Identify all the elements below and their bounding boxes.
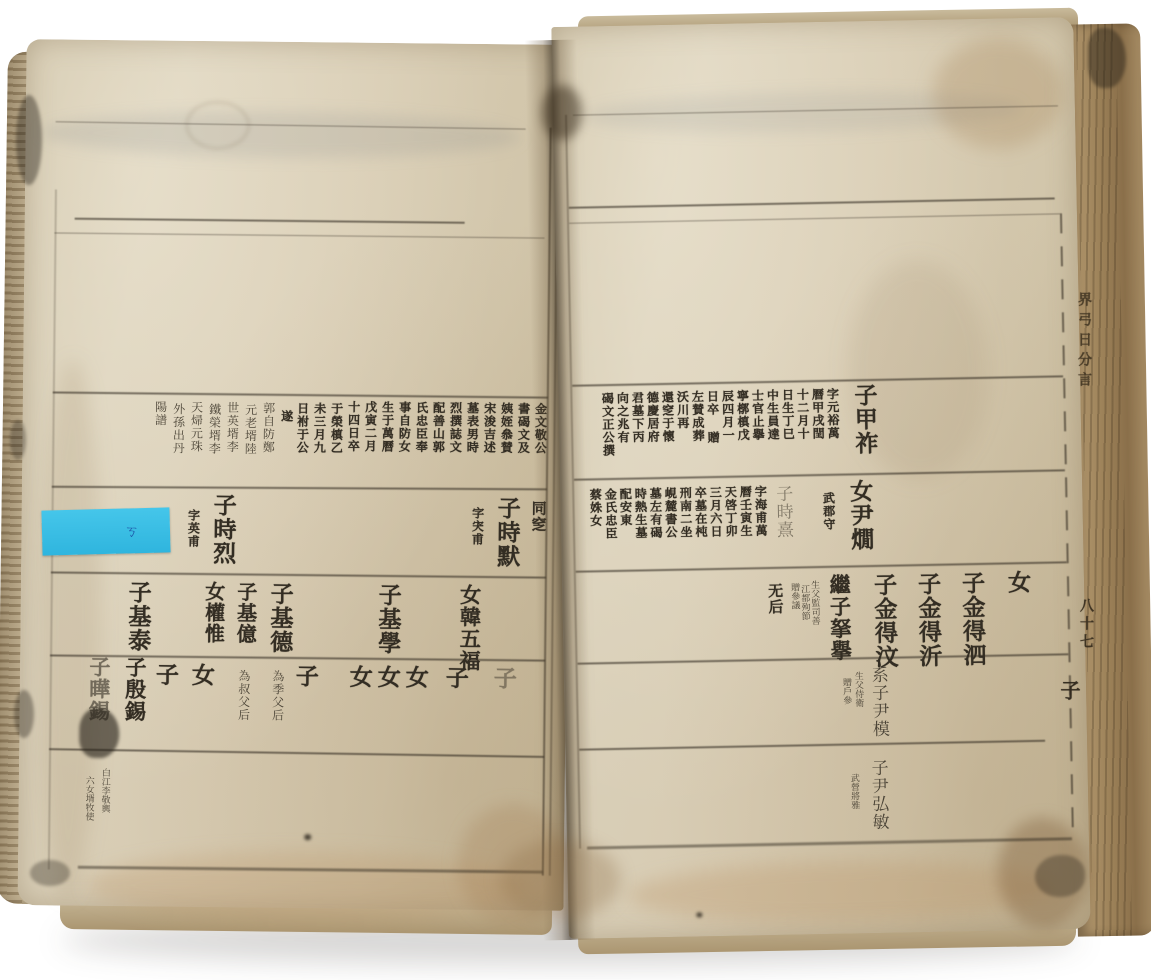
note-column: 生父侍衛 <box>854 671 864 707</box>
smudge-band <box>40 109 520 160</box>
entry-column: 烈撰誌文 <box>449 402 462 454</box>
entry-column: 于榮槙乙 <box>330 402 343 454</box>
fore-edge-bleed-text: 界弓日分言 <box>1076 292 1090 392</box>
bio-column: 刑南二坐 <box>679 486 692 538</box>
ink-speck <box>696 912 702 917</box>
binding-wear <box>10 420 26 460</box>
rule-line <box>579 740 1045 751</box>
bio-column: 時熱生墓 <box>634 487 647 539</box>
gutter-stain-top <box>542 85 582 140</box>
rule-line <box>53 391 548 398</box>
entry-column: 外孫出丹 <box>172 403 185 455</box>
corner-stain <box>932 37 1064 149</box>
sticky-note[interactable]: ㄎ <box>41 507 170 555</box>
binding-wear <box>30 860 70 886</box>
bio-column: 士官止擧 <box>751 389 764 441</box>
rule-line <box>569 213 1060 223</box>
rule-line <box>569 197 1055 208</box>
bio-column: 左賛成葬 <box>691 390 704 442</box>
margin-note-column: 白江李敬輿 <box>100 768 109 813</box>
entry-column: 子基德 <box>268 582 292 654</box>
bio-column: 寧槨槙戊 <box>736 389 749 441</box>
entry-column: 十四日卒 <box>347 401 360 453</box>
note-column: 武營將雅 <box>850 773 860 809</box>
entry-column: 遂 <box>281 410 293 423</box>
rule-line <box>578 653 1069 664</box>
entry-column: 未三月九 <box>313 402 326 454</box>
entry-column: 子殷錫 <box>123 656 145 722</box>
rule-line <box>576 561 1067 572</box>
left-page: 金文敬公 書碣文及 姨姪叅賛 宋浚吉述 墓表男時 烈撰誌文 配善山郭 氏忠臣奉 … <box>17 39 572 911</box>
entry-column: 戊寅二月 <box>364 401 377 453</box>
entry-column: 子尹弘敏 <box>869 759 887 831</box>
bio-column: 日卒 贈 <box>706 390 719 444</box>
entry-column: 生于萬曆 <box>381 401 394 453</box>
rule-line <box>51 571 546 578</box>
bio-column: 中生員達 <box>766 389 779 441</box>
entry-column: 系子尹模 <box>870 666 888 738</box>
bio-column: 蔡姝女 <box>589 488 602 527</box>
rule-line <box>49 748 544 758</box>
entry-column: 子 <box>154 663 177 687</box>
entry-column: 子 <box>492 666 515 690</box>
entry-column: 日祔于公 <box>296 402 309 454</box>
rule-line <box>572 375 1063 386</box>
bio-column: 曆甲戌閏 <box>811 388 824 440</box>
entry-column: 元老壻陸 <box>244 403 257 455</box>
entry-column: 字英甫 <box>187 509 199 548</box>
bio-column: 日生丁巳 <box>781 389 794 441</box>
no-heir-column: 无后 <box>766 583 782 615</box>
bio-column: 德慶居府 <box>646 391 659 443</box>
bio-column: 字元裕萬 <box>826 388 839 440</box>
rule-line <box>574 469 1065 480</box>
bio-column: 三月六日 <box>709 486 722 538</box>
posthumous-note-column: 贈參議 <box>790 582 800 609</box>
ink-blot <box>79 708 120 758</box>
entry-column: 子金得泗 <box>960 571 985 667</box>
entry-column: 子甲祚 <box>852 383 876 455</box>
entry-column: 子時熹 <box>774 485 792 539</box>
entry-column: 配善山郭 <box>432 401 445 453</box>
bio-column: 辰四月一 <box>721 390 734 442</box>
entry-column: 子 <box>294 664 317 688</box>
entry-column: 女 <box>348 665 371 689</box>
entry-column: 子基泰 <box>126 580 150 652</box>
note-column: 贈戶參 <box>842 677 852 704</box>
bottom-stain <box>627 858 1058 926</box>
genealogy-book-photo: 金文敬公 書碣文及 姨姪叅賛 宋浚吉述 墓表男時 烈撰誌文 配善山郭 氏忠臣奉 … <box>0 0 1151 980</box>
bio-column: 君墓下丙 <box>631 391 644 443</box>
border-line <box>1060 213 1074 839</box>
entry-column: 女 <box>1006 570 1029 594</box>
birth-father-note-column: 生父監司善 <box>810 580 820 625</box>
entry-column: 書碣文及 <box>517 402 530 454</box>
ink-speck <box>304 834 311 840</box>
entry-column: 宋浚吉述 <box>483 402 496 454</box>
heir-note-column: 為季父后 <box>271 670 284 722</box>
rule-line <box>55 232 545 238</box>
entry-column: 子時烈 <box>211 493 235 565</box>
rule-line <box>75 218 465 224</box>
entry-column: 繼子拏擧 <box>828 573 851 661</box>
entry-column: 女 <box>376 665 399 689</box>
entry-column: 子金得沂 <box>916 572 941 668</box>
entry-column: 女權惟 <box>202 581 223 644</box>
sticky-note-pen-mark: ㄎ <box>123 520 140 543</box>
office-note-column: 武郡守 <box>822 492 835 531</box>
rule-line <box>587 837 1072 849</box>
entry-column: 墓表男時 <box>466 402 479 454</box>
edge-wear-blot <box>1035 855 1085 897</box>
entry-column: 鐵榮壻李 <box>208 403 221 455</box>
entry-column: 世英壻李 <box>226 401 239 453</box>
margin-note-column: 六女壻牧使 <box>84 776 93 821</box>
bio-column: 還窆于懷 <box>661 391 674 443</box>
entry-column: 氏忠臣奉 <box>415 401 428 453</box>
bio-column: 配安東 <box>619 488 632 527</box>
bio-column: 沃川再 <box>676 391 689 430</box>
entry-column: 女 <box>404 665 427 689</box>
bio-column: 峴麓書公 <box>664 487 677 539</box>
binding-wear <box>14 690 34 738</box>
martyrdom-note-column: 江都殉節 <box>800 584 810 620</box>
page-number: 八十七 <box>1078 598 1092 652</box>
bio-column: 墓左有碣 <box>649 487 662 539</box>
entry-column: 字宊甫 <box>471 507 483 546</box>
bio-column: 碣文正公撰 <box>601 392 614 457</box>
entry-column: 子基學 <box>376 583 400 655</box>
entry-column: 子金得汶 <box>872 573 897 669</box>
bio-column: 曆壬寅生 <box>739 485 752 537</box>
bio-column: 字海甫萬 <box>754 485 767 537</box>
right-page: 子甲祚 字元裕萬 曆甲戌閏 十二月十 日生丁巳 中生員達 士官止擧 寧槨槙戊 辰… <box>551 17 1090 939</box>
entry-column: 女 <box>190 663 213 687</box>
entry-column: 天㷌元珠 <box>190 401 203 453</box>
bio-column: 天啓丁卯 <box>724 486 737 538</box>
entry-column: 女尹燗 <box>848 479 872 551</box>
entry-column: 郭自防鄭 <box>262 402 275 454</box>
entry-column: 女韓五福 <box>458 584 480 672</box>
heir-note-column: 為叔父后 <box>237 669 250 721</box>
bio-column: 向之兆有 <box>616 392 629 444</box>
gutter-stain-bottom <box>500 840 620 920</box>
bio-column: 卒墓在杶 <box>694 486 707 538</box>
next-page-partial-char: 子 <box>1058 680 1078 701</box>
bio-column: 十二月十 <box>796 388 809 440</box>
edge-wear-blot <box>1088 28 1126 88</box>
bio-column: 金氏忠臣 <box>604 488 617 540</box>
entry-column: 子 <box>444 666 467 690</box>
entry-column: 陽譜 <box>154 401 166 427</box>
entry-column: 子基億 <box>234 581 255 644</box>
entry-column: 姨姪叅賛 <box>500 402 513 454</box>
entry-column: 事自防女 <box>398 401 411 453</box>
binding-wear <box>16 95 42 185</box>
entry-column: 子時默 <box>495 496 519 568</box>
rule-line <box>52 486 547 491</box>
